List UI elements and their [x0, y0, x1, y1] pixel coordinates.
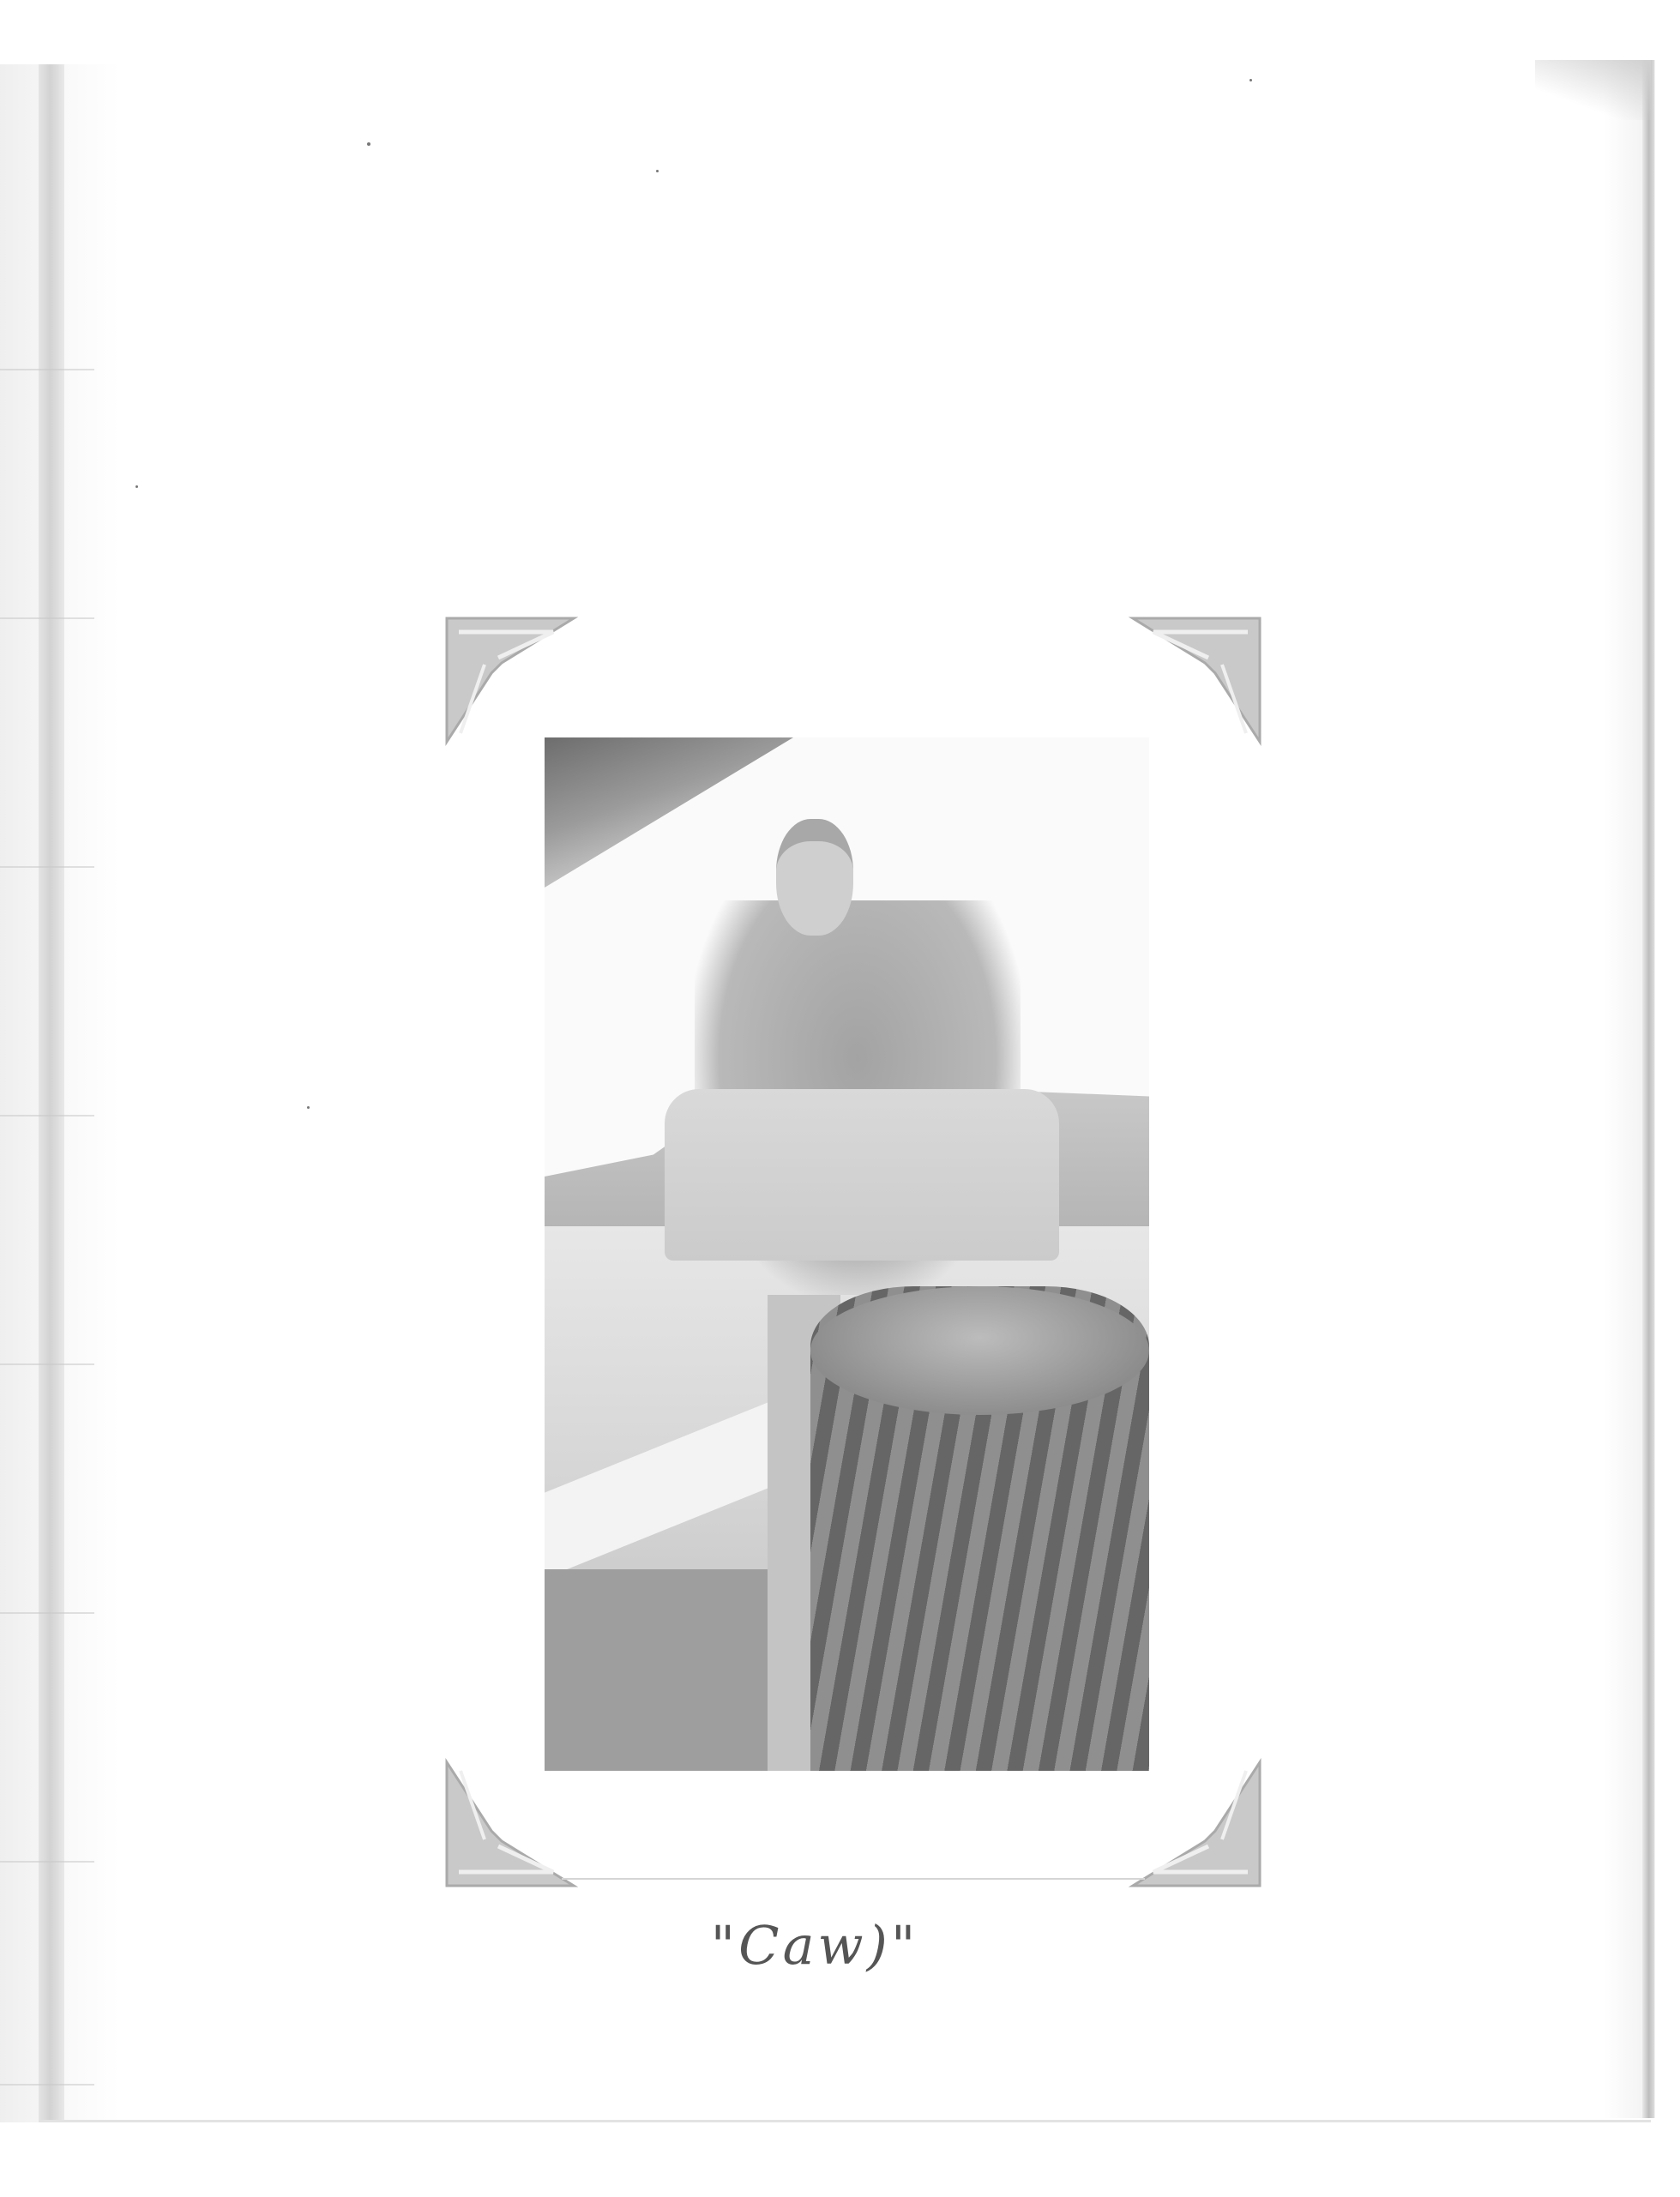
- photo-corner-icon: [1128, 613, 1265, 750]
- photo-bottom-edge: [562, 1878, 1145, 1880]
- grid-line: [0, 1861, 94, 1863]
- photo-corner-icon: [442, 613, 579, 750]
- dust-speck: [307, 1106, 310, 1109]
- dust-speck: [135, 485, 138, 488]
- dust-speck: [656, 170, 659, 172]
- grid-line: [0, 369, 94, 370]
- grid-line: [0, 2084, 94, 2086]
- dust-speck: [1249, 79, 1252, 81]
- grid-line: [0, 1612, 94, 1614]
- photo-corner-icon: [1128, 1754, 1265, 1891]
- grid-line: [0, 866, 94, 868]
- page-bottom-edge: [39, 2120, 1651, 2122]
- photo-corner-icon: [442, 1754, 579, 1891]
- photo-mount: [442, 613, 1265, 1891]
- dust-speck: [367, 142, 370, 146]
- page-right-edge: [1642, 60, 1654, 2118]
- grid-line: [0, 1363, 94, 1365]
- photo-caption: "Caw)": [686, 1914, 943, 1977]
- grid-line: [0, 617, 94, 619]
- page-top-curl: [1535, 60, 1651, 120]
- grid-line: [0, 1115, 94, 1117]
- page-binding-edge: [39, 64, 64, 2122]
- album-page: "Caw)": [0, 0, 1680, 2197]
